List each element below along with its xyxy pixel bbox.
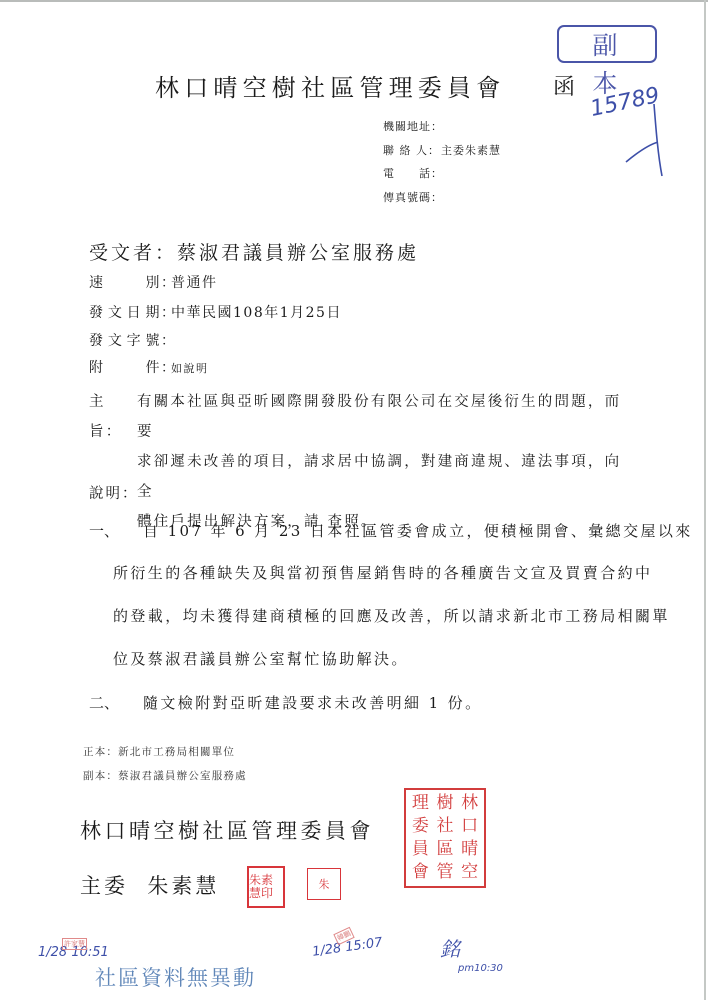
- handwritten-checkmark-icon: [612, 100, 672, 180]
- item-2-line-1: 隨文檢附對亞昕建設要求未改善明細 1 份。: [143, 692, 482, 713]
- letterhead-title: 林口晴空樹社區管理委員會: [155, 68, 505, 103]
- signature-person: 主委 朱素慧: [80, 870, 219, 900]
- item-1-number: 一、: [89, 520, 119, 541]
- time-note: pm10:30: [458, 963, 503, 974]
- item-1-line-2: 所衍生的各種缺失及與當初預售屋銷售時的各種廣告文宣及買賣合約中: [113, 562, 652, 583]
- meta-doc-number: 發文字號：: [89, 330, 171, 350]
- recipient: 受文者：蔡淑君議員辦公室服務處: [89, 238, 419, 265]
- data-unchanged-stamp: 社區資料無異動: [95, 962, 256, 992]
- sender-phone: 電 話：: [383, 165, 441, 181]
- meta-speed: 速 別：普通件: [89, 272, 218, 292]
- sender-fax: 傳真號碼：: [383, 189, 441, 205]
- receiver-seal-1: 許家慧: [62, 938, 87, 950]
- sender-address: 機關地址：: [383, 118, 441, 134]
- item-1-line-1: 自 107 年 6 月 23 日本社區管委會成立，便積極開會、彙總交屋以來: [143, 520, 693, 541]
- item-1-line-4: 位及蔡淑君議員辦公室幫忙協助解決。: [113, 648, 409, 669]
- organization-seal: 林 口 晴 空 樹 社 區 管 理 委 員 會: [404, 788, 486, 888]
- page-right-edge: [704, 0, 706, 1000]
- copy-stamp: 副本: [557, 25, 657, 63]
- personal-seal-name: 朱素慧印: [247, 866, 285, 908]
- personal-seal-surname: 朱: [307, 868, 341, 900]
- item-1-line-3: 的登載，均未獲得建商積極的回應及改善，所以請求新北市工務局相關單: [113, 605, 670, 626]
- page-top-edge: [0, 0, 708, 2]
- signature-organization: 林口晴空樹社區管理委員會: [80, 815, 374, 845]
- subject: 主旨：有關本社區與亞昕國際開發股份有限公司在交屋後衍生的問題，而要求卻遲未改善的…: [89, 387, 649, 537]
- item-2-number: 二、: [89, 692, 119, 713]
- meta-attachment: 附 件：如說明: [89, 357, 209, 377]
- handwritten-signature: 銘: [440, 933, 460, 962]
- meta-issue-date: 發文日期：中華民國108年1月25日: [89, 302, 342, 322]
- distribution-original: 正本：新北市工務局相關單位: [83, 744, 235, 759]
- sender-contact: 聯 絡 人：主委朱素慧: [383, 142, 501, 158]
- distribution-copy: 副本：蔡淑君議員辦公室服務處: [83, 768, 247, 783]
- explanation-label: 說明：: [89, 482, 139, 503]
- document-type: 函: [553, 70, 575, 101]
